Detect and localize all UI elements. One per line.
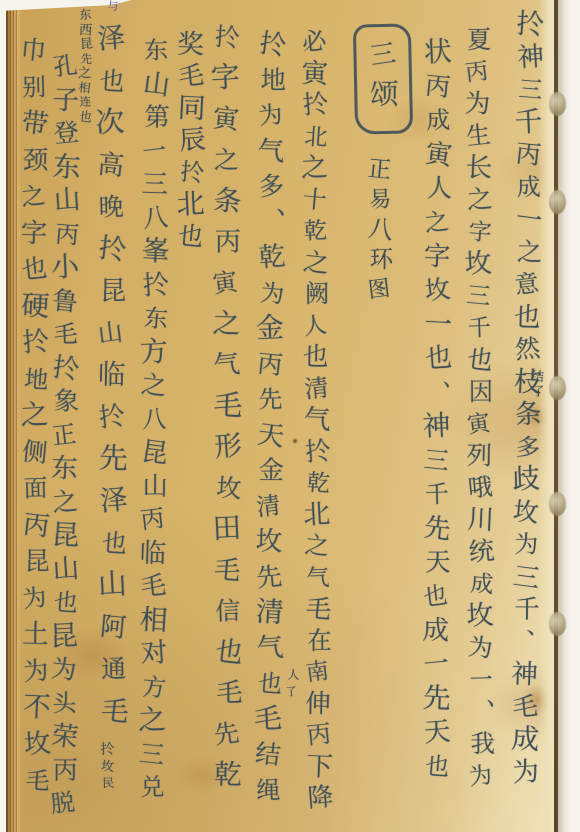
text-column-6: 扵字寅之条丙寅之气毛形坆田毛信也毛先乾	[210, 22, 240, 801]
text-column-10: 孔子登东山丙小鲁毛扵象正东之昆山也昆为头荣丙脱	[49, 52, 78, 823]
left-white-margin	[0, 0, 6, 832]
paper-stain	[292, 438, 298, 444]
text-column-8: 东山第一三八峯扵东方之八昆山丙临毛相对方之三兑	[137, 36, 167, 807]
binding-stitch	[549, 190, 566, 214]
column-head-annotation: 东西昆先之相连也	[78, 8, 91, 124]
side-annotation: 人了	[286, 668, 298, 702]
right-white-margin	[558, 0, 580, 832]
section-title: 三颂	[368, 39, 398, 120]
stamp-mark: 与	[104, 0, 120, 11]
text-column-3: 状丙成寅人之字坆一也、神三千先天也成一先天也	[421, 38, 450, 786]
section-title-box: 三颂	[353, 23, 413, 134]
text-column-2: 夏丙为生长之字坆三千也因寅列哦川统成坆为一、我为	[464, 26, 493, 794]
text-column-7: 奖毛同辰扵北也	[176, 30, 202, 254]
binding-stitch	[549, 92, 566, 116]
subtitle: 正易八环图	[366, 156, 390, 306]
text-column-11: 巾别带颈之字也硬扵地之侧面丙昆为土为不坆毛	[19, 36, 48, 803]
text-column-9: 泽也次高晚扵昆山临扵先泽也山阿通毛	[94, 24, 125, 738]
text-column-5: 扵地为气多、乾为金丙先天金清坆先清气也毛结绳	[253, 30, 283, 811]
column-tail-annotation: 扵坆民	[100, 742, 113, 793]
binding-stitch	[549, 612, 566, 636]
binding-stitch	[549, 376, 566, 400]
binding-stitch	[549, 492, 566, 516]
side-annotation: 结了	[531, 370, 543, 400]
manuscript-page: 与 三颂 正易八环图 扵神三千丙成一之意也然枝条多歧坆为三千、神毛成为 夏丙为生…	[0, 0, 580, 832]
text-column-4: 必寅扵北之十乾之阙人也清气扵乾北之气毛在南伸丙下降	[300, 28, 330, 816]
